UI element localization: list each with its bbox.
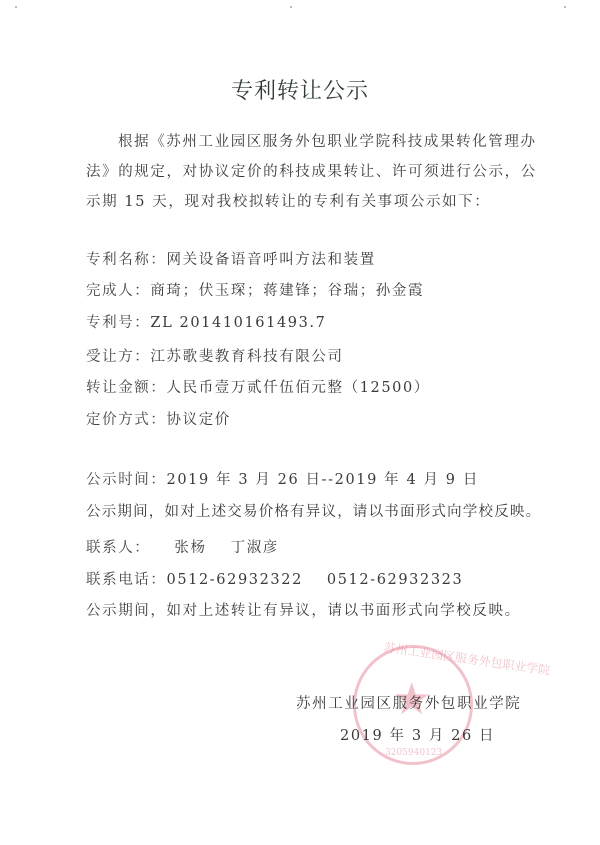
notice-phones: 联系电话：0512-629323220512-62932323: [86, 568, 463, 589]
notice-contacts: 联系人：张杨丁淑彦: [86, 536, 279, 557]
phone-number: 0512-62932322: [167, 572, 303, 588]
field-value: 人民币壹万贰仟伍佰元整（12500）: [167, 380, 430, 396]
contact-name: 丁淑彦: [231, 540, 279, 556]
field-value: 网关设备语音呼叫方法和装置: [167, 252, 376, 268]
signature-date: 2019 年 3 月 26 日: [340, 724, 495, 745]
signature-institution: 苏州工业园区服务外包职业学院: [296, 692, 521, 713]
notice-objection-price: 公示期间，如对上述交易价格有异议，请以书面形式向学校反映。: [86, 500, 541, 521]
field-label: 定价方式：: [86, 412, 167, 428]
document-page: 专利转让公示 根据《苏州工业园区服务外包职业学院科技成果转化管理办 法》的规定，…: [0, 0, 600, 845]
notice-objection-transfer: 公示期间，如对上述转让有异议，请以书面形式向学校反映。: [86, 599, 521, 620]
field-patent-name: 专利名称：网关设备语音呼叫方法和装置: [86, 248, 376, 269]
field-label: 完成人：: [86, 283, 150, 299]
intro-line-3: 示期 15 天，现对我校拟转让的专利有关事项公示如下：: [86, 190, 490, 211]
field-pricing-method: 定价方式：协议定价: [86, 408, 231, 429]
field-value: 协议定价: [167, 412, 231, 428]
notice-period-value: 2019 年 3 月 26 日--2019 年 4 月 9 日: [167, 472, 479, 488]
field-assignee: 受让方：江苏歌斐教育科技有限公司: [86, 345, 344, 366]
scan-speck: [290, 6, 292, 8]
intro-line-1: 根据《苏州工业园区服务外包职业学院科技成果转化管理办: [118, 130, 537, 151]
intro-line-2: 法》的规定，对协议定价的科技成果转让、许可须进行公示，公: [86, 160, 537, 181]
field-value: 商琦；伏玉琛；蒋建锋；谷瑞；孙金霞: [150, 283, 424, 299]
phone-number: 0512-62932323: [327, 572, 463, 588]
seal-code: 3205940123: [385, 748, 442, 758]
field-inventors: 完成人：商琦；伏玉琛；蒋建锋；谷瑞；孙金霞: [86, 279, 424, 300]
contact-label: 联系人：: [86, 540, 150, 556]
field-label: 转让金额：: [86, 380, 167, 396]
scan-speck: [564, 6, 566, 8]
field-amount: 转让金额：人民币壹万贰仟伍佰元整（12500）: [86, 376, 430, 397]
contact-name: 张杨: [174, 540, 206, 556]
document-title: 专利转让公示: [0, 74, 600, 105]
field-label: 受让方：: [86, 349, 150, 365]
field-label: 专利名称：: [86, 252, 167, 268]
field-value: ZL 201410161493.7: [150, 315, 326, 331]
notice-period-label: 公示时间：: [86, 472, 167, 488]
field-label: 专利号：: [86, 315, 150, 331]
scan-speck: [15, 6, 17, 8]
field-value: 江苏歌斐教育科技有限公司: [150, 349, 343, 365]
phone-label: 联系电话：: [86, 572, 167, 588]
notice-period: 公示时间：2019 年 3 月 26 日--2019 年 4 月 9 日: [86, 468, 479, 489]
field-patent-number: 专利号：ZL 201410161493.7: [86, 311, 326, 332]
